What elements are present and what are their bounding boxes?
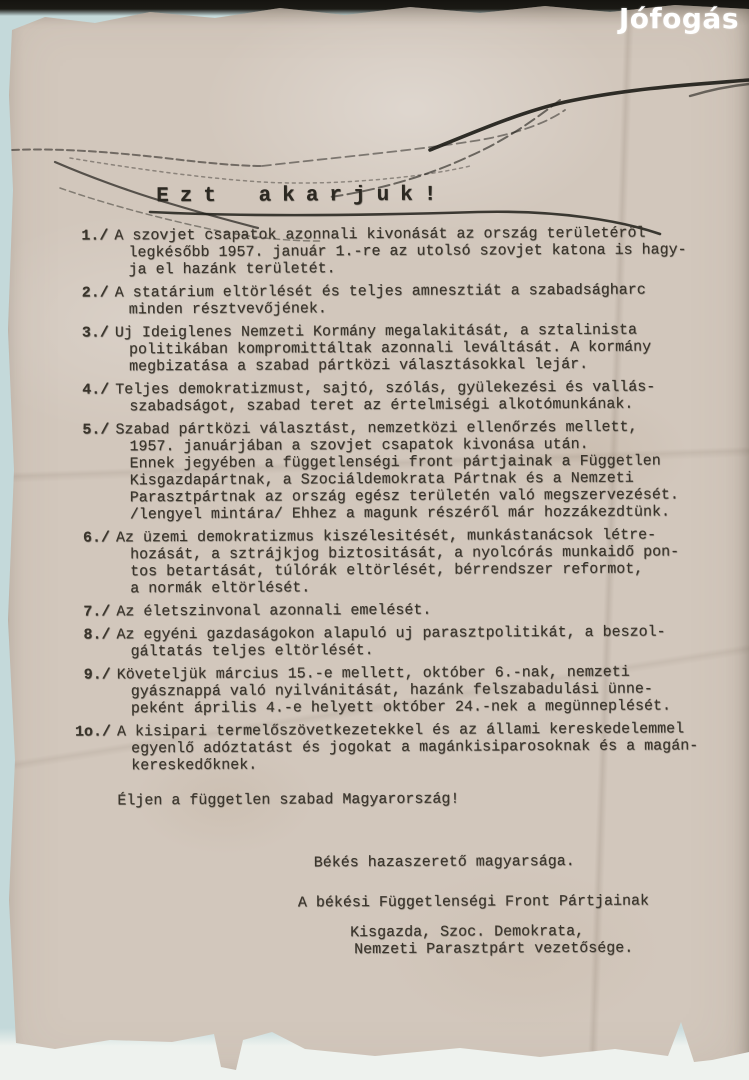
demand-item-1: 1./ A szovjet csapatok azonnali kivonásá… [70,224,720,278]
signature-line-3: Kisgazda, Szoc. Demokrata, [350,923,584,941]
signature-line-1: Békés hazaszerető magyarsága. [314,853,575,871]
signature-line-4: Nemzeti Parasztpárt vezetősége. [354,940,633,958]
paper-sheet: Ezt akarjuk! 1./ A szovjet csapatok azon… [0,0,749,1080]
document-text-layer: Ezt akarjuk! 1./ A szovjet csapatok azon… [0,0,749,1080]
demand-item-7: 7./ Az életszinvonal azonnali emelését. [72,600,722,620]
jofogas-watermark-logo: Jófogás [619,2,739,35]
demand-item-10: 1o./ A kisipari termelőszövetkezetekkel … [73,720,723,774]
item-number: 1o./ [73,723,111,774]
demand-item-6: 6./ Az üzemi demokratizmus kiszélesitésé… [72,526,722,597]
item-number: 2./ [71,284,109,318]
signature-line-2: A békési Függetlenségi Front Pártjainak [298,893,649,912]
item-text: Uj Ideiglenes Nemzeti Kormány megalakitá… [115,322,651,376]
item-number: 9./ [73,666,111,717]
item-text: A statárium eltörlését és teljes amneszt… [115,282,646,319]
closing-slogan: Éljen a független szabad Magyarország! [117,789,723,809]
item-text: A szovjet csapatok azonnali kivonását az… [114,224,686,278]
item-number: 8./ [72,626,110,660]
item-number: 1./ [70,227,108,278]
item-text: A kisipari termelőszövetkezetekkel és az… [117,720,698,774]
item-number: 7./ [72,603,110,620]
demand-item-4: 4./ Teljes demokratizmust, sajtó, szólás… [71,378,721,415]
item-number: 5./ [71,421,110,523]
item-text: Teljes demokratizmust, sajtó, szólás, gy… [115,379,655,416]
item-text: Az üzemi demokratizmus kiszélesitését, m… [116,526,679,597]
item-text: Az életszinvonal azonnali emelését. [116,602,431,621]
demand-item-2: 2./ A statárium eltörlését és teljes amn… [71,281,721,318]
item-number: 6./ [72,529,110,597]
demand-item-9: 9./ Követeljük március 15.-e mellett, ok… [73,663,723,717]
item-number: 4./ [71,381,109,415]
item-text: Az egyéni gazdaságokon alapuló uj parasz… [116,623,665,660]
demand-item-8: 8./ Az egyéni gazdaságokon alapuló uj pa… [72,623,722,660]
item-text: Szabad pártközi választást, nemzetközi e… [115,418,679,523]
demand-item-5: 5./ Szabad pártközi választást, nemzetkö… [71,418,722,523]
scanner-background: { "watermark": { "label": "Jófogás" }, "… [0,0,749,1080]
page-title: Ezt akarjuk! [156,184,447,209]
demand-item-3: 3./ Uj Ideiglenes Nemzeti Kormány megala… [71,321,721,375]
item-text: Követeljük március 15.-e mellett, októbe… [117,663,671,717]
item-number: 3./ [71,324,109,375]
demand-list: 1./ A szovjet csapatok azonnali kivonásá… [70,224,723,809]
